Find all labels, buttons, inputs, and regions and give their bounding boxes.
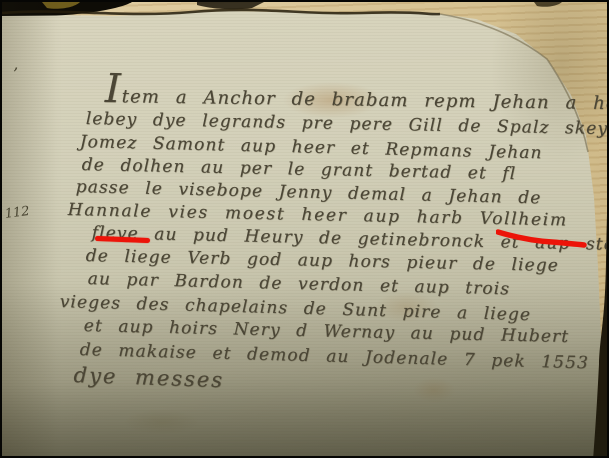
folio-margin-mark: 112 xyxy=(4,204,30,222)
margin-tick-mark: ’ xyxy=(13,64,18,83)
red-underline-vollheim xyxy=(496,227,588,251)
manuscript-photo: Item a Anchor de brabam repm Jehan a hey… xyxy=(0,0,609,458)
manuscript-line: dye messes xyxy=(73,365,224,390)
manuscript-line: Item a Anchor de brabam repm Jehan a hey xyxy=(105,84,609,114)
